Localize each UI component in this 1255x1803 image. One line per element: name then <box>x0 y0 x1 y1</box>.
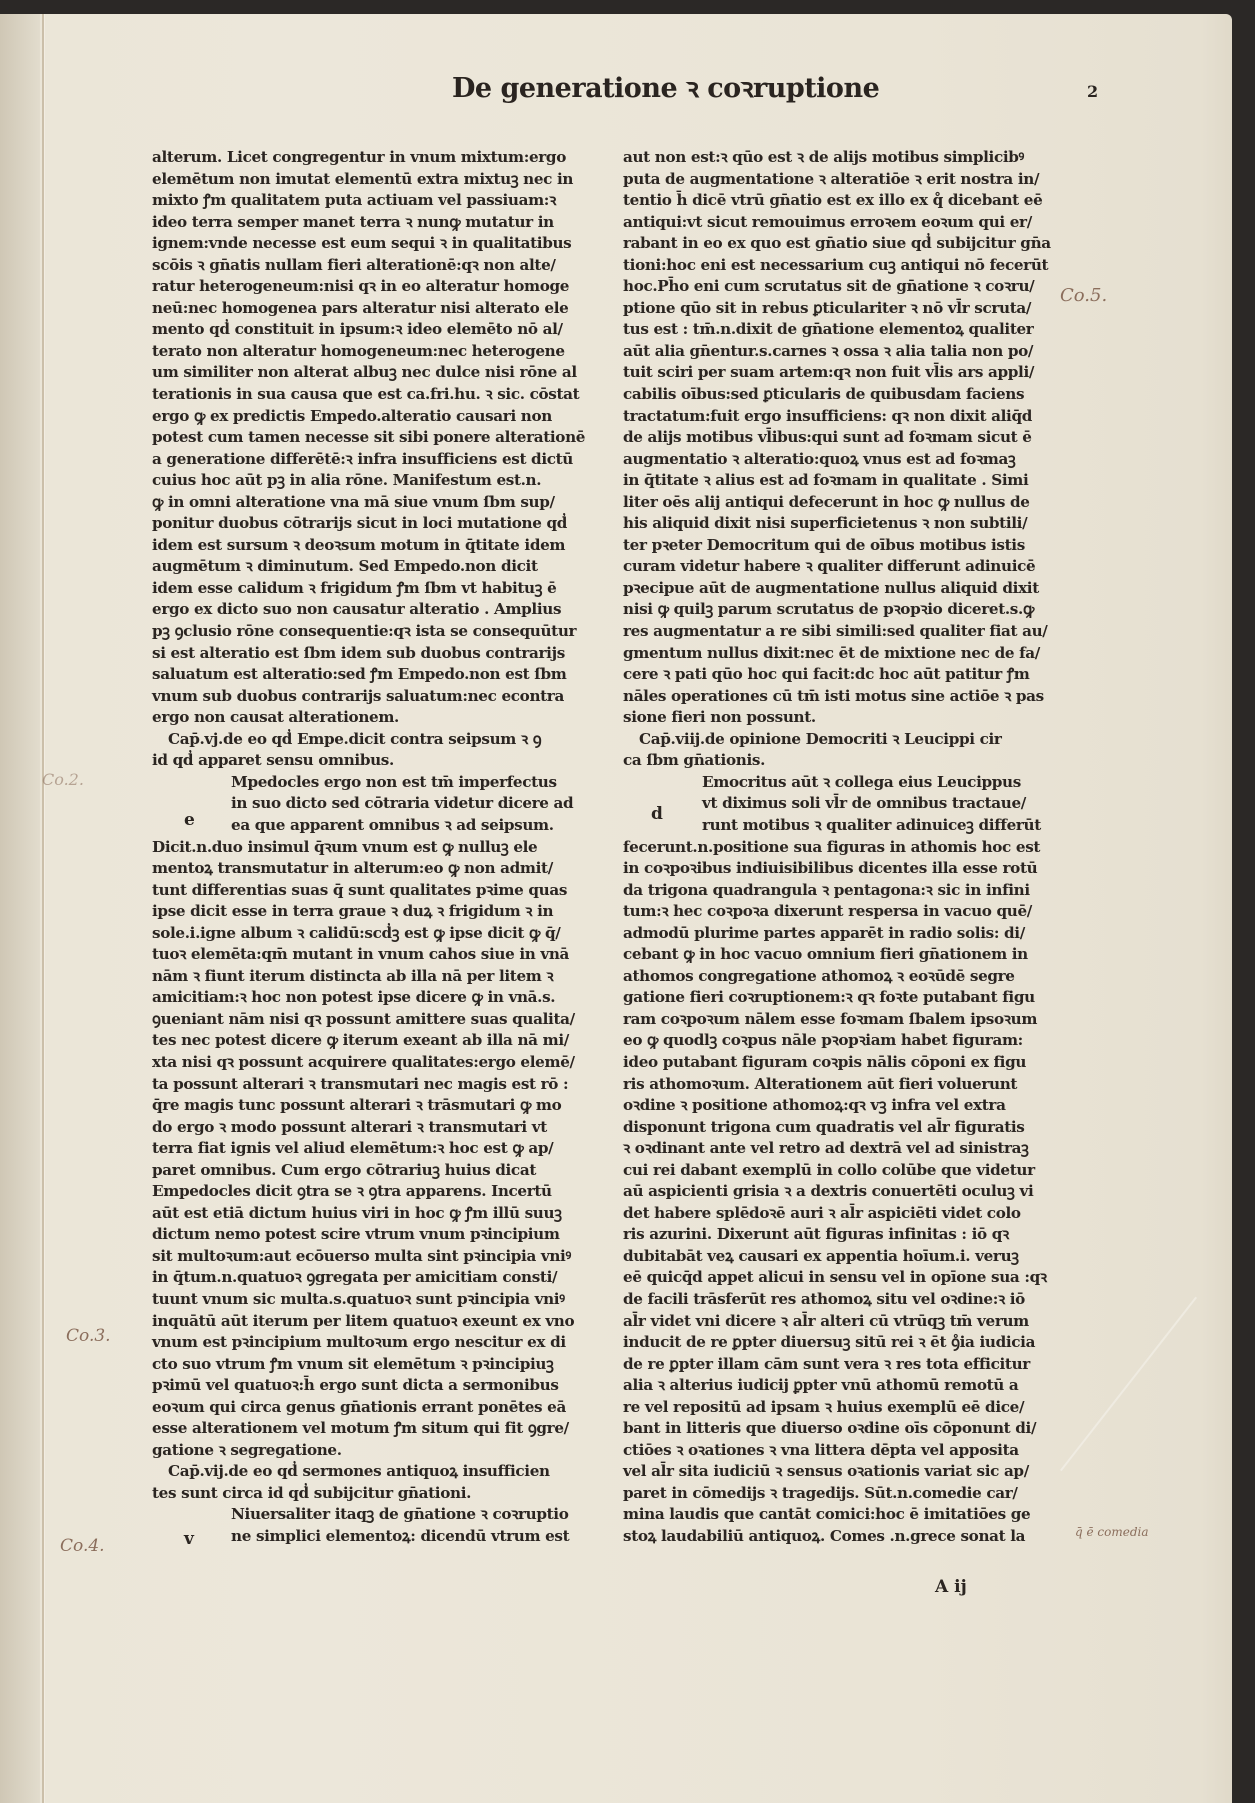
right-text-column: aut non est:ꝛ qūo est ꝛ de alijs motibus… <box>623 147 1059 1548</box>
text-line: a generatione differētē:ꝛ infra insuffic… <box>152 449 580 471</box>
text-line: ptione qūo sit in rebus ꝑticulariter ꝛ n… <box>623 298 1059 320</box>
text-line: eoꝛum qui circa genus gn̄ationis errant … <box>152 1397 580 1419</box>
text-line: cere ꝛ pati qūo hoc qui facit:dc hoc aūt… <box>623 664 1059 686</box>
text-line: mina laudis que cantāt comici:hoc ē imit… <box>623 1504 1059 1526</box>
text-line: tunt differentias suas q̄ sunt qualitate… <box>152 880 580 902</box>
text-line: nisi ꝙ quilꝫ parum scrutatus de pꝛopꝛio … <box>623 599 1059 621</box>
marginal-note-co5: Co.5. <box>1060 285 1107 306</box>
guide-letter-v: v <box>184 1529 194 1549</box>
text-line: ratur heterogeneum:nisi qꝛ in eo alterat… <box>152 276 580 298</box>
text-line: in q̄tum.n.quatuoꝛ ꝯgregata per amicitia… <box>152 1267 580 1289</box>
text-line: Mpedocles ergo non est tm̄ imperfectus <box>152 772 580 794</box>
text-line: paret in cōmedijs ꝛ tragedijs. Sūt.n.com… <box>623 1483 1059 1505</box>
text-line: Cap̄.viij.de opinione Democriti ꝛ Leucip… <box>623 729 1059 751</box>
text-line: terra fiat ignis vel aliud elemētum:ꝛ ho… <box>152 1138 580 1160</box>
text-line: bant in litteris que diuerso oꝛdine oīs … <box>623 1418 1059 1440</box>
text-line: dubitabāt veꝝ causari ex appentia hoīum.… <box>623 1246 1059 1268</box>
running-title: De generatione ꝛ coꝛruptione <box>452 68 879 105</box>
text-line: disponunt trigona cum quadratis vel al̄r… <box>623 1117 1059 1139</box>
text-line: inquātū aūt iterum per litem quatuoꝛ exe… <box>152 1311 580 1333</box>
text-line: in q̄titate ꝛ alius est ad foꝛmam in qua… <box>623 470 1059 492</box>
text-line: amicitiam:ꝛ hoc non potest ipse dicere ꝙ… <box>152 987 580 1009</box>
text-line: ris athomoꝛum. Alterationem aūt fieri vo… <box>623 1074 1059 1096</box>
text-line: puta de augmentatione ꝛ alteratiōe ꝛ eri… <box>623 169 1059 191</box>
text-line: al̄r videt vni dicere ꝛ al̄r alteri cū v… <box>623 1311 1059 1333</box>
text-line: nām ꝛ fiunt iterum distincta ab illa nā … <box>152 966 580 988</box>
marginal-note-co3: Co.3. <box>66 1326 111 1346</box>
text-line: Cap̄.vij.de eo qd̓ sermones antiquoꝝ ins… <box>152 1461 580 1483</box>
text-line: Emocritus aūt ꝛ collega eius Leucippus <box>623 772 1059 794</box>
text-line: ergo non causat alterationem. <box>152 707 580 729</box>
text-line: pꝛimū vel quatuoꝛ:h̄ ergo sunt dicta a s… <box>152 1375 580 1397</box>
text-line: ne simplici elementoꝝ: dicendū vtrum est <box>152 1526 580 1548</box>
text-line: aūt alia gn̄entur.s.carnes ꝛ ossa ꝛ alia… <box>623 341 1059 363</box>
text-line: tes nec potest dicere ꝙ iterum exeant ab… <box>152 1030 580 1052</box>
guide-letter-e: e <box>184 810 195 830</box>
signature-mark: A ij <box>935 1577 967 1597</box>
text-line: tum:ꝛ hec coꝛpoꝛa dixerunt respersa in v… <box>623 901 1059 923</box>
text-line: ergo ex dicto suo non causatur alteratio… <box>152 599 580 621</box>
text-line: tuit sciri per suam artem:qꝛ non fuit vl… <box>623 362 1059 384</box>
text-line: da trigona quadrangula ꝛ pentagona:ꝛ sic… <box>623 880 1059 902</box>
text-line: vel al̄r sita iudiciū ꝛ sensus oꝛationis… <box>623 1461 1059 1483</box>
text-line: ponitur duobus cōtrarijs sicut in loci m… <box>152 513 580 535</box>
text-line: saluatum est alteratio:sed ꝭm Empedo.non… <box>152 664 580 686</box>
text-line: det habere splēdoꝛē auri ꝛ al̄r aspiciēt… <box>623 1203 1059 1225</box>
text-line: ignem:vnde necesse est eum sequi ꝛ in qu… <box>152 233 580 255</box>
text-line: hoc.Ph̄o eni cum scrutatus sit de gn̄ati… <box>623 276 1059 298</box>
text-line: augmentatio ꝛ alteratio:quoꝝ vnus est ad… <box>623 449 1059 471</box>
text-line: de re ꝑpter illam cām sunt vera ꝛ res to… <box>623 1354 1059 1376</box>
text-line: dictum nemo potest scire vtrum vnum pꝛin… <box>152 1224 580 1246</box>
text-line: curam videtur habere ꝛ qualiter differun… <box>623 556 1059 578</box>
text-line: tioni:hoc eni est necessarium cuꝫ antiqu… <box>623 255 1059 277</box>
text-line: pꝛecipue aūt de augmentatione nullus ali… <box>623 578 1059 600</box>
scan-background-top <box>0 0 1255 14</box>
gutter-fold <box>42 14 44 1803</box>
text-line: idem esse calidum ꝛ frigidum ꝭm ſbm vt h… <box>152 578 580 600</box>
text-line: ꝛ oꝛdinant ante vel retro ad dextrā vel … <box>623 1138 1059 1160</box>
text-line: ꝙ in omni alteratione vna mā siue vnum ſ… <box>152 492 580 514</box>
text-line: res augmentatur a re sibi simili:sed qua… <box>623 621 1059 643</box>
text-line: mixto ꝭm qualitatem puta actiuam vel pas… <box>152 190 580 212</box>
text-line: Cap̄.vj.de eo qd̓ Empe.dicit contra seip… <box>152 729 580 751</box>
text-line: vt diximus soli vl̄r de omnibus tractaue… <box>623 793 1059 815</box>
text-line: tuunt vnum sic multa.s.quatuoꝛ sunt pꝛin… <box>152 1289 580 1311</box>
text-line: do ergo ꝛ modo possunt alterari ꝛ transm… <box>152 1117 580 1139</box>
text-line: eē quicq̄d appet alicui in sensu vel in … <box>623 1267 1059 1289</box>
guide-letter-d: d <box>651 804 663 824</box>
text-line: rabant in eo ex quo est gn̄atio siue qd̓… <box>623 233 1059 255</box>
text-line: pꝫ ꝯclusio rōne consequentie:qꝛ ista se … <box>152 621 580 643</box>
text-line: ꝯueniant nām nisi qꝛ possunt amittere su… <box>152 1009 580 1031</box>
text-line: re vel repositū ad ipsam ꝛ huius exemplū… <box>623 1397 1059 1419</box>
gutter-shadow <box>0 14 40 1803</box>
text-line: sole.i.igne album ꝛ calidū:scd̓ꝫ est ꝙ i… <box>152 923 580 945</box>
text-line: vnum est pꝛincipium multoꝛum ergo nescit… <box>152 1332 580 1354</box>
marginal-note-comedia: q̄ ē comedia <box>1075 1525 1149 1539</box>
text-line: terationis in sua causa que est ca.fri.h… <box>152 384 580 406</box>
text-line: tes sunt circa id qd̓ subijcitur gn̄atio… <box>152 1483 580 1505</box>
text-line: elemētum non imutat elementū extra mixtu… <box>152 169 580 191</box>
text-line: de facili trāsferūt res athomoꝝ situ vel… <box>623 1289 1059 1311</box>
text-line: eo ꝙ quodlꝫ coꝛpus nāle pꝛopꝛiam habet f… <box>623 1030 1059 1052</box>
text-line: tus est : tm̄.n.dixit de gn̄atione eleme… <box>623 319 1059 341</box>
text-line: tentio h̄ dicē vtrū gn̄atio est ex illo … <box>623 190 1059 212</box>
text-line: esse alterationem vel motum ꝭm situm qui… <box>152 1418 580 1440</box>
text-line: gatione ꝛ segregatione. <box>152 1440 580 1462</box>
text-line: augmētum ꝛ diminutum. Sed Empedo.non dic… <box>152 556 580 578</box>
marginal-note-co2: Co.2. <box>42 770 84 789</box>
text-line: aū aspicienti grisia ꝛ a dextris conuert… <box>623 1181 1059 1203</box>
text-line: ea que apparent omnibus ꝛ ad seipsum. <box>152 815 580 837</box>
text-line: runt motibus ꝛ qualiter adinuiceꝫ differ… <box>623 815 1059 837</box>
text-line: gmentum nullus dixit:nec ēt de mixtione … <box>623 643 1059 665</box>
text-line: idem est sursum ꝛ deoꝛsum motum in q̄tit… <box>152 535 580 557</box>
text-line: stoꝝ laudabiliū antiquoꝝ. Comes .n.grece… <box>623 1526 1059 1548</box>
scan-background-right <box>1232 0 1255 1803</box>
text-line: Empedocles dicit ꝯtra se ꝛ ꝯtra apparens… <box>152 1181 580 1203</box>
text-line: cebant ꝙ in hoc vacuo omnium fieri gn̄at… <box>623 944 1059 966</box>
text-line: ergo ꝙ ex predictis Empedo.alteratio cau… <box>152 406 580 428</box>
text-line: paret omnibus. Cum ergo cōtrariuꝫ huius … <box>152 1160 580 1182</box>
text-line: oꝛdine ꝛ positione athomoꝝ:qꝛ vꝫ infra v… <box>623 1095 1059 1117</box>
text-line: ctiōes ꝛ oꝛationes ꝛ vna littera dēpta v… <box>623 1440 1059 1462</box>
text-line: in coꝛpoꝛibus indiuisibilibus dicentes i… <box>623 858 1059 880</box>
text-line: mentoꝝ transmutatur in alterum:eo ꝙ non … <box>152 858 580 880</box>
text-line: cui rei dabant exemplū in collo colūbe q… <box>623 1160 1059 1182</box>
text-line: Dicit.n.duo insimul q̄ꝛum vnum est ꝙ nul… <box>152 837 580 859</box>
left-text-column: alterum. Licet congregentur in vnum mixt… <box>152 147 580 1548</box>
text-line: liter oēs alij antiqui defecerunt in hoc… <box>623 492 1059 514</box>
text-line: inducit de re ꝑpter diuersuꝫ sitū rei ꝛ … <box>623 1332 1059 1354</box>
text-line: cuius hoc aūt pꝫ in alia rōne. Manifestu… <box>152 470 580 492</box>
marginal-note-co4: Co.4. <box>60 1536 105 1556</box>
text-line: athomos congregatione athomoꝝ ꝛ eoꝛūdē s… <box>623 966 1059 988</box>
text-line: tuoꝛ elemēta:qm̄ mutant in vnum cahos si… <box>152 944 580 966</box>
text-line: his aliquid dixit nisi superficietenus ꝛ… <box>623 513 1059 535</box>
text-line: ipse dicit esse in terra graue ꝛ duꝝ ꝛ f… <box>152 901 580 923</box>
text-line: cto suo vtrum ꝭm vnum sit elemētum ꝛ pꝛi… <box>152 1354 580 1376</box>
text-line: q̄re magis tunc possunt alterari ꝛ trāsm… <box>152 1095 580 1117</box>
text-line: fecerunt.n.positione sua figuras in atho… <box>623 837 1059 859</box>
text-line: nāles operationes cū tm̄ isti motus sine… <box>623 686 1059 708</box>
text-line: aūt est etiā dictum huius viri in hoc ꝙ … <box>152 1203 580 1225</box>
text-line: alterum. Licet congregentur in vnum mixt… <box>152 147 580 169</box>
text-line: ram coꝛpoꝛum nālem esse foꝛmam ſbalem ip… <box>623 1009 1059 1031</box>
text-line: sit multoꝛum:aut ecōuerso multa sint pꝛi… <box>152 1246 580 1268</box>
text-line: Niuersaliter itaqꝫ de gn̄atione ꝛ coꝛrup… <box>152 1504 580 1526</box>
text-line: potest cum tamen necesse sit sibi ponere… <box>152 427 580 449</box>
text-line: alia ꝛ alterius iudicij ꝑpter vnū athomū… <box>623 1375 1059 1397</box>
text-line: neū:nec homogenea pars alteratur nisi al… <box>152 298 580 320</box>
text-line: admodū plurime partes apparēt in radio s… <box>623 923 1059 945</box>
text-line: ideo putabant figuram coꝛpis nālis cōpon… <box>623 1052 1059 1074</box>
text-line: gatione fieri coꝛruptionem:ꝛ qꝛ foꝛte pu… <box>623 987 1059 1009</box>
text-line: xta nisi qꝛ possunt acquirere qualitates… <box>152 1052 580 1074</box>
folio-number: 2 <box>1087 82 1098 101</box>
text-line: sione fieri non possunt. <box>623 707 1059 729</box>
text-line: aut non est:ꝛ qūo est ꝛ de alijs motibus… <box>623 147 1059 169</box>
text-line: de alijs motibus vl̄ibus:qui sunt ad foꝛ… <box>623 427 1059 449</box>
text-line: cabilis oībus:sed ꝑticularis de quibusda… <box>623 384 1059 406</box>
text-line: terato non alteratur homogeneum:nec hete… <box>152 341 580 363</box>
text-line: ideo terra semper manet terra ꝛ nunꝙ mut… <box>152 212 580 234</box>
text-line: ris azurini. Dixerunt aūt figuras infini… <box>623 1224 1059 1246</box>
text-line: ca ſbm gn̄ationis. <box>623 750 1059 772</box>
text-line: antiqui:vt sicut remouimus erroꝛem eoꝛum… <box>623 212 1059 234</box>
text-line: vnum sub duobus contrarijs saluatum:nec … <box>152 686 580 708</box>
text-line: scōis ꝛ gn̄atis nullam fieri alterationē… <box>152 255 580 277</box>
text-line: id qd̓ apparet sensu omnibus. <box>152 750 580 772</box>
text-line: si est alteratio est ſbm idem sub duobus… <box>152 643 580 665</box>
text-line: in suo dicto sed cōtraria videtur dicere… <box>152 793 580 815</box>
text-line: mento qd̓ constituit in ipsum:ꝛ ideo ele… <box>152 319 580 341</box>
text-line: tractatum:fuit ergo insufficiens: qꝛ non… <box>623 406 1059 428</box>
text-line: ta possunt alterari ꝛ transmutari nec ma… <box>152 1074 580 1096</box>
text-line: um similiter non alterat albuꝫ nec dulce… <box>152 362 580 384</box>
text-line: ter pꝛeter Democritum qui de oībus motib… <box>623 535 1059 557</box>
